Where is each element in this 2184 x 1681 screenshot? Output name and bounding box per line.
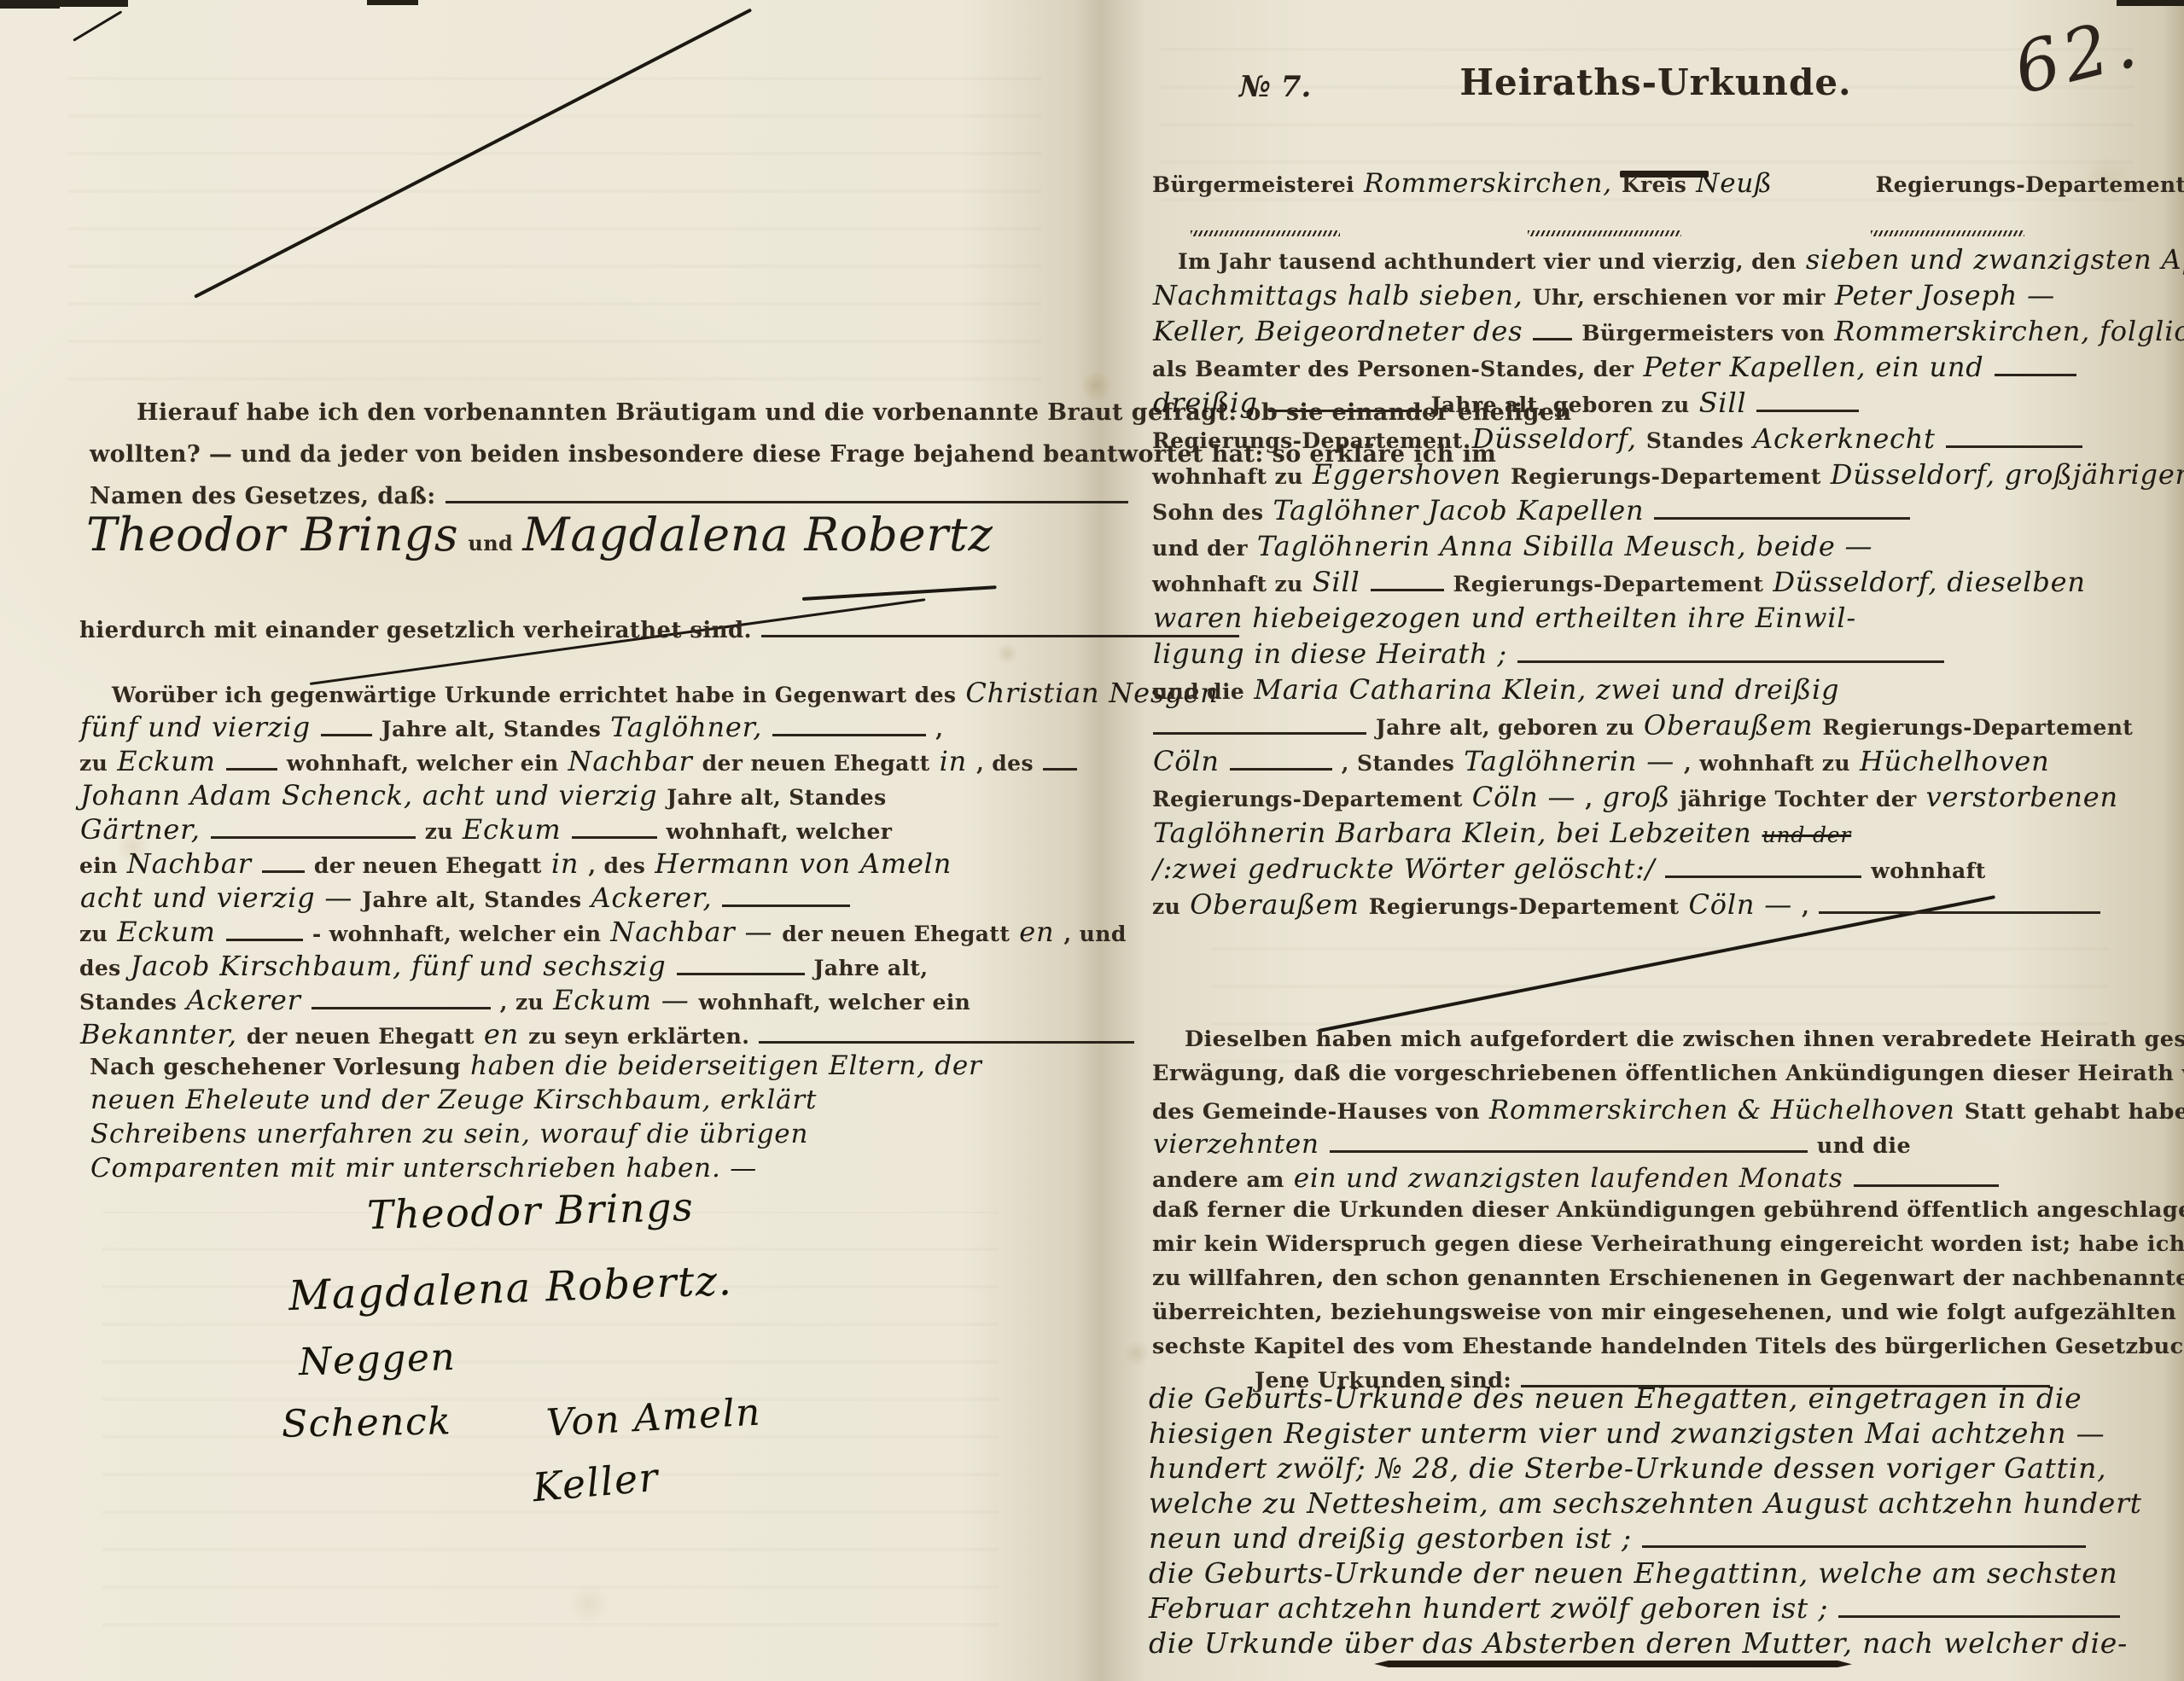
printed-text: Regierungs-Departement — [1152, 428, 1463, 453]
text-line: Bekannter,der neuen Ehegattenzu seyn erk… — [75, 1021, 1057, 1055]
printed-text: jährige Tochter der — [1680, 787, 1916, 811]
text-line: wohnhaft zuSillRegierungs-DepartementDüs… — [1148, 568, 2104, 604]
handwritten-text: Comparenten mit mir unterschrieben haben… — [90, 1153, 757, 1184]
handwritten-text: Taglöhnerin Anna Sibilla Meusch, beide — — [1257, 530, 1872, 562]
text-line: zu willfahren, den schon genannten Ersch… — [1148, 1268, 2104, 1302]
text-line: überreichten, beziehungsweise von mir ei… — [1148, 1302, 2104, 1336]
printed-text: Dieselben haben mich aufgefordert die zw… — [1185, 1027, 2184, 1052]
printed-text: zu seyn erklärten. — [528, 1024, 749, 1049]
text-line: ligung in diese Heirath ; — [1148, 640, 2104, 676]
handwritten-text: vierzehnten — [1153, 1129, 1319, 1160]
text-line: Johann Adam Schenck, acht und vierzigJah… — [75, 782, 1057, 816]
printed-text: und — [468, 531, 513, 555]
handwritten-text: Oberaußem — [1644, 709, 1814, 742]
handwritten-text: Schreibens unerfahren zu sein, worauf di… — [90, 1119, 808, 1149]
printed-text: , Standes — [1342, 751, 1454, 776]
handwritten-text: Düsseldorf, großjähriger — [1831, 458, 2184, 491]
handwritten-text: dreißig — [1153, 387, 1258, 419]
printed-text: Uhr, erschienen vor mir — [1533, 285, 1826, 310]
text-line: welche zu Nettesheim, am sechszehnten Au… — [1144, 1489, 2134, 1524]
handwritten-text: Rommerskirchen & Hüchelhoven — [1489, 1095, 1955, 1126]
document-scan: Hierauf habe ich den vorbenannten Bräuti… — [0, 0, 2184, 1681]
signature-bride: Magdalena Robertz. — [288, 1257, 733, 1320]
text-line: daß ferner die Urkunden dieser Ankündigu… — [1148, 1200, 2104, 1234]
handwritten-text: Hermann von Ameln — [655, 847, 952, 880]
printed-text: zu — [79, 922, 108, 946]
handwritten-text: Ackerer, — [591, 881, 713, 914]
printed-text: und der — [1152, 536, 1248, 561]
printed-text: wohnhaft zu — [1152, 464, 1303, 489]
printed-text: , wohnhaft zu — [1684, 751, 1850, 776]
handwritten-text: Gärtner, — [80, 813, 201, 846]
documents-list-section: die Geburts-Urkunde des neuen Ehegatten,… — [1144, 1384, 2134, 1664]
printed-text: zu — [1152, 894, 1180, 919]
scan-edge — [367, 0, 418, 5]
printed-text: des Gemeinde-Hauses von — [1152, 1099, 1480, 1125]
printed-text: , und — [1063, 922, 1126, 946]
text-line: Nach geschehener Vorlesunghaben die beid… — [85, 1053, 1067, 1087]
signature-groom: Theodor Brings — [366, 1184, 694, 1238]
printed-text: Statt gehabt haben, nämlich die erste am — [1965, 1099, 2184, 1125]
printed-text: Standes — [1646, 428, 1744, 453]
text-line: Comparenten mit mir unterschrieben haben… — [85, 1155, 1067, 1189]
blank-rule — [1756, 406, 1859, 412]
blank-rule — [446, 497, 1128, 503]
printed-text: , zu — [500, 990, 544, 1015]
handwritten-text: welche zu Nettesheim, am sechszehnten Au… — [1149, 1486, 2142, 1520]
handwritten-text: ligung in diese Heirath ; — [1153, 637, 1507, 670]
text-line: zuEckumwohnhaft, welcher einNachbarder n… — [75, 747, 1057, 782]
printed-text: , — [935, 717, 943, 742]
blank-rule — [1819, 908, 2100, 914]
handwritten-text: die Geburts-Urkunde des neuen Ehegatten,… — [1149, 1381, 2082, 1415]
blank-rule — [1268, 406, 1422, 412]
ink-bleedthrough — [68, 51, 1041, 410]
blank-rule — [262, 867, 305, 873]
handwritten-text: groß — [1602, 781, 1670, 813]
handwritten-text: Maria Catharina Klein, zwei und dreißig — [1254, 673, 1839, 706]
handwritten-text: Cöln — — [1472, 781, 1576, 813]
handwritten-text: Ackerer — [186, 984, 301, 1016]
printed-text: und die — [1817, 1133, 1911, 1159]
text-line: die Geburts-Urkunde des neuen Ehegatten,… — [1144, 1384, 2134, 1419]
handwritten-text: Cöln — — [1688, 888, 1792, 921]
text-line: acht und vierzig —Jahre alt, StandesAcke… — [75, 884, 1057, 918]
text-line: sechste Kapitel des vom Ehestande handel… — [1148, 1336, 2104, 1370]
handwritten-text: haben die beiderseitigen Eltern, der — [470, 1050, 982, 1081]
text-line: Hierauf habe ich den vorbenannten Bräuti… — [85, 401, 1067, 443]
printed-text: sechste Kapitel des vom Ehestande handel… — [1152, 1334, 2184, 1359]
handwritten-text: Cöln — [1153, 745, 1220, 777]
blank-rule — [759, 1038, 1134, 1044]
text-line: waren hiebeigezogen und ertheilten ihre … — [1148, 604, 2104, 640]
text-line: zuEckum- wohnhaft, welcher einNachbar —d… — [75, 918, 1057, 952]
handwritten-text: waren hiebeigezogen und ertheilten ihre … — [1153, 602, 1856, 634]
blank-rule — [1665, 872, 1861, 878]
handwritten-text: Nachbar — — [610, 916, 772, 948]
signature-witness-1: Neggen — [298, 1335, 457, 1384]
printed-text: wohnhaft, welcher — [667, 819, 893, 844]
blank-rule — [772, 730, 926, 736]
bureau-line: BürgermeistereiRommerskirchen,KreisNeußR… — [1148, 171, 2112, 205]
handwritten-text: Düsseldorf, — [1472, 422, 1637, 455]
text-line: Dieselben haben mich aufgefordert die zw… — [1148, 1029, 2104, 1063]
blank-rule — [1533, 334, 1572, 340]
printed-text: zu willfahren, den schon genannten Ersch… — [1152, 1265, 2184, 1291]
text-line: einNachbarder neuen Ehegattin, desHerman… — [75, 850, 1057, 884]
text-line: wohnhaft zuEggershovenRegierungs-Departe… — [1148, 461, 2104, 497]
printed-text: Standes — [79, 990, 177, 1015]
handwritten-text: hiesigen Register unterm vier und zwanzi… — [1149, 1416, 2105, 1450]
couple-names-line: Theodor BringsundMagdalena Robertz — [81, 512, 1063, 580]
marriage-entry-section: Im Jahr tausend achthundert vier und vie… — [1148, 246, 2104, 927]
printed-text: Bürgermeisters von — [1581, 321, 1825, 346]
printed-text: und die — [1152, 679, 1244, 704]
printed-text: Regierungs-Departement — [1511, 464, 1821, 489]
text-line: desJacob Kirschbaum, fünf und sechszigJa… — [75, 952, 1057, 986]
printed-text: hierdurch mit einander gesetzlich verhei… — [79, 618, 752, 643]
text-line: die Geburts-Urkunde der neuen Ehegattinn… — [1144, 1559, 2134, 1594]
handwritten-text: neun und dreißig gestorben ist ; — [1149, 1521, 1632, 1555]
handwritten-text: Bekannter, — [80, 1018, 237, 1050]
printed-text: Im Jahr tausend achthundert vier und vie… — [1178, 249, 1797, 274]
handwritten-text: Eckum — — [553, 984, 689, 1016]
handwritten-text: Hüchelhoven — [1860, 745, 2050, 777]
text-line: /:zwei gedruckte Wörter gelöscht:/wohnha… — [1148, 855, 2104, 891]
printed-text: Erwägung, daß die vorgeschriebenen öffen… — [1152, 1061, 2184, 1086]
handwritten-text: en — [484, 1018, 519, 1050]
handwritten-text: Ackerknecht — [1753, 422, 1936, 455]
printed-text: der neuen Ehegatt — [314, 853, 542, 878]
text-line: fünf und vierzigJahre alt, StandesTaglöh… — [75, 713, 1057, 747]
handwritten-text: Nachmittags halb sieben, — [1153, 279, 1523, 311]
handwritten-text: Taglöhner Jacob Kapellen — [1273, 494, 1644, 526]
flourish-rule — [1191, 230, 1340, 236]
closing-paragraph: Nach geschehener Vorlesunghaben die beid… — [85, 1053, 1067, 1189]
printed-text: Jahre alt, — [814, 956, 929, 980]
married-declaration-line: hierdurch mit einander gesetzlich verhei… — [75, 619, 1057, 657]
text-line: wollten? — und da jeder von beiden insbe… — [85, 443, 1067, 485]
handwritten-text: in — [551, 847, 579, 880]
blank-rule — [1230, 765, 1332, 771]
blank-rule — [211, 833, 416, 839]
signature-registrar: Keller — [531, 1454, 661, 1511]
text-line: hiesigen Register unterm vier und zwanzi… — [1144, 1419, 2134, 1454]
printed-text: daß ferner die Urkunden dieser Ankündigu… — [1152, 1197, 2184, 1223]
handwritten-text: fünf und vierzig — [80, 711, 311, 743]
witnesses-section: Worüber ich gegenwärtige Urkunde erricht… — [75, 679, 1057, 1055]
scan-edge — [0, 0, 60, 9]
text-line: Erwägung, daß die vorgeschriebenen öffen… — [1148, 1063, 2104, 1097]
handwritten-text: Februar achtzehn hundert zwölf geboren i… — [1149, 1591, 1828, 1625]
text-line: Gärtner,zuEckumwohnhaft, welcher — [75, 816, 1057, 850]
text-line: neun und dreißig gestorben ist ; — [1144, 1524, 2134, 1559]
printed-text: andere am — [1152, 1167, 1284, 1193]
printed-text: Jahre alt, geboren zu — [1431, 393, 1690, 417]
scan-edge — [60, 0, 128, 7]
text-line: mir kein Widerspruch gegen diese Verheir… — [1148, 1234, 2104, 1268]
printed-text: wohnhaft — [1871, 858, 1985, 883]
text-line: und dieMaria Catharina Klein, zwei und d… — [1148, 676, 2104, 712]
printed-text: mir kein Widerspruch gegen diese Verheir… — [1152, 1231, 2184, 1257]
text-line: Sohn desTaglöhner Jacob Kapellen — [1148, 497, 2104, 532]
blank-rule — [1043, 765, 1077, 771]
printed-text: wohnhaft, welcher ein — [699, 990, 971, 1015]
text-line: Regierungs-DepartementDüsseldorf,Standes… — [1148, 425, 2104, 461]
text-line: Worüber ich gegenwärtige Urkunde erricht… — [75, 679, 1057, 713]
printed-text: Sohn des — [1152, 500, 1263, 525]
handwritten-text: Oberaußem — [1190, 888, 1360, 921]
text-line: zuOberaußemRegierungs-DepartementCöln —, — [1148, 891, 2104, 927]
printed-text: der neuen Ehegatt — [702, 751, 930, 776]
blank-rule — [1995, 370, 2076, 376]
handwritten-text: Eckum — [117, 916, 216, 948]
blank-rule — [1854, 1181, 1999, 1187]
blank-rule — [1371, 585, 1444, 591]
blank-rule — [1517, 657, 1944, 663]
handwritten-text: Nachbar — [127, 847, 252, 880]
text-line: Theodor BringsundMagdalena Robertz — [81, 512, 1063, 580]
text-line: und derTaglöhnerin Anna Sibilla Meusch, … — [1148, 532, 2104, 568]
printed-text: Jahre alt, Standes — [667, 785, 886, 810]
blank-rule — [1153, 729, 1366, 735]
handwritten-text: Eckum — [117, 745, 216, 777]
printed-text: Regierungs-Departement Düsseldorf. — [1876, 172, 2184, 197]
diagonal-ink-stroke — [73, 10, 122, 42]
printed-text: , des — [976, 751, 1034, 776]
printed-text: Jahre alt, Standes — [381, 717, 601, 742]
printed-text: , — [1585, 787, 1593, 811]
text-line: Regierungs-DepartementCöln —,großjährige… — [1148, 783, 2104, 819]
printed-text: - wohnhaft, welcher ein — [312, 922, 602, 946]
section-end-rule — [1374, 1661, 1852, 1667]
handwritten-text: sieben und zwanzigsten April — [1806, 243, 2184, 276]
blank-rule — [572, 833, 657, 839]
handwritten-text: Nachbar — [568, 745, 693, 777]
printed-text: Regierungs-Departement — [1822, 715, 2133, 740]
handwritten-text: Sill — [1699, 387, 1747, 419]
text-line: neuen Eheleute und der Zeuge Kirschbaum,… — [85, 1087, 1067, 1121]
handwritten-text: Eggershoven — [1313, 458, 1501, 491]
handwritten-name: Magdalena Robertz — [522, 508, 993, 561]
handwritten-text: Jacob Kirschbaum, fünf und sechszig — [131, 950, 667, 982]
handwritten-text: Neuß — [1696, 168, 1772, 199]
printed-text: Regierungs-Departement — [1453, 572, 1764, 596]
printed-text: der neuen Ehegatt — [247, 1024, 475, 1049]
blank-rule — [1654, 514, 1910, 520]
blank-rule — [1642, 1542, 2086, 1548]
blank-rule — [312, 1003, 491, 1009]
blank-rule — [226, 935, 303, 941]
printed-text: wohnhaft zu — [1152, 572, 1303, 596]
text-line: Im Jahr tausend achthundert vier und vie… — [1148, 246, 2104, 282]
text-line: als Beamter des Personen-Standes, derPet… — [1148, 353, 2104, 389]
text-line: dreißigJahre alt, geboren zuSill — [1148, 389, 2104, 425]
name-underline — [802, 585, 997, 601]
text-line: Jahre alt, geboren zuOberaußemRegierungs… — [1148, 712, 2104, 747]
handwritten-text: /:zwei gedruckte Wörter gelöscht:/ — [1153, 852, 1655, 885]
handwritten-text: Keller, Beigeordneter des — [1153, 315, 1523, 347]
text-line: hierdurch mit einander gesetzlich verhei… — [75, 619, 1057, 657]
printed-text: Bürgermeisterei — [1152, 172, 1354, 197]
handwritten-text: verstorbenen — [1926, 781, 2118, 813]
printed-text: Regierungs-Departement — [1369, 894, 1680, 919]
flourish-rule — [1871, 230, 2024, 236]
page-title: Heiraths-Urkunde. — [1383, 61, 1929, 103]
handwritten-text: hundert zwölf; № 28, die Sterbe-Urkunde … — [1149, 1451, 2106, 1485]
signature-witness-3: Von Ameln — [545, 1390, 762, 1445]
printed-text: zu — [79, 751, 108, 776]
handwritten-text: Rommerskirchen, folglich — [1834, 315, 2184, 347]
printed-text: Nach geschehener Vorlesung — [90, 1055, 461, 1080]
handwritten-text: Johann Adam Schenck, acht und vierzig — [80, 779, 657, 811]
text-line: BürgermeistereiRommerskirchen,KreisNeußR… — [1148, 171, 2112, 205]
handwritten-text: Düsseldorf, dieselben — [1773, 566, 2085, 598]
text-line: Schreibens unerfahren zu sein, worauf di… — [85, 1121, 1067, 1155]
printed-text: zu — [425, 819, 453, 844]
handwritten-text: Taglöhnerin Barbara Klein, bei Lebzeiten — [1153, 817, 1752, 849]
text-line: Cöln, StandesTaglöhnerin —, wohnhaft zuH… — [1148, 747, 2104, 783]
printed-text: wohnhaft, welcher ein — [287, 751, 559, 776]
printed-text: als Beamter des Personen-Standes, der — [1152, 357, 1634, 381]
printed-text: Namen des Gesetzes, daß: — [90, 483, 436, 509]
handwritten-text: Peter Kapellen, ein und — [1643, 351, 1983, 383]
text-line: andere amein und zwanzigsten laufenden M… — [1148, 1166, 2104, 1200]
signature-witness-2: Schenck — [282, 1399, 452, 1445]
handwritten-text: die Urkunde über das Absterben deren Mut… — [1149, 1626, 2128, 1660]
handwritten-name: Theodor Brings — [86, 508, 458, 561]
printed-text: Worüber ich gegenwärtige Urkunde erricht… — [112, 683, 956, 707]
text-line: StandesAckerer, zuEckum —wohnhaft, welch… — [75, 986, 1057, 1021]
handwritten-text: Eckum — [463, 813, 562, 846]
printed-text: Kreis — [1622, 172, 1686, 197]
blank-rule — [321, 730, 372, 736]
text-line: des Gemeinde-Hauses vonRommerskirchen & … — [1148, 1097, 2104, 1131]
printed-text: ein — [79, 853, 118, 878]
blank-rule — [226, 765, 277, 771]
printed-text: , — [1802, 894, 1809, 919]
handwritten-text: Sill — [1313, 566, 1360, 598]
blank-rule — [1946, 442, 2082, 448]
blank-rule — [1838, 1612, 2120, 1618]
printed-text: Regierungs-Departement — [1152, 787, 1463, 811]
blank-rule — [722, 901, 850, 907]
handwritten-text: in — [940, 745, 967, 777]
handwritten-text: ein und zwanzigsten laufenden Monats — [1294, 1163, 1843, 1194]
text-line: Taglöhnerin Barbara Klein, bei Lebzeiten… — [1148, 819, 2104, 855]
text-line: hundert zwölf; № 28, die Sterbe-Urkunde … — [1144, 1454, 2134, 1489]
diagonal-ink-stroke — [194, 9, 752, 299]
printed-text: , des — [588, 853, 645, 878]
handwritten-text: acht und vierzig — — [80, 881, 352, 914]
handwritten-text: en — [1019, 916, 1054, 948]
handwritten-text: Peter Joseph — — [1835, 279, 2055, 311]
printed-text: des — [79, 956, 121, 980]
struck-text: und der — [1762, 823, 1852, 847]
blank-rule — [1330, 1147, 1808, 1153]
text-line: Februar achtzehn hundert zwölf geboren i… — [1144, 1594, 2134, 1629]
printed-text: Jahre alt, geboren zu — [1376, 715, 1634, 740]
printed-text: überreichten, beziehungsweise von mir ei… — [1152, 1300, 2184, 1325]
announcement-paragraph: Dieselben haben mich aufgefordert die zw… — [1148, 1029, 2104, 1405]
text-line: die Urkunde über das Absterben deren Mut… — [1144, 1629, 2134, 1664]
folio-mark: 62. — [2006, 1, 2149, 110]
handwritten-text: die Geburts-Urkunde der neuen Ehegattinn… — [1149, 1556, 2118, 1590]
printed-text: Jahre alt, Standes — [362, 887, 581, 912]
printed-text: der neuen Ehegatt — [782, 922, 1010, 946]
handwritten-text: Rommerskirchen, — [1364, 168, 1612, 199]
handwritten-text: Taglöhnerin — — [1464, 745, 1674, 777]
record-number: № 7. — [1239, 70, 1311, 104]
text-line: Nachmittags halb sieben,Uhr, erschienen … — [1148, 282, 2104, 317]
handwritten-text: neuen Eheleute und der Zeuge Kirschbaum,… — [90, 1085, 817, 1115]
text-line: vierzehntenund die — [1148, 1131, 2104, 1166]
flourish-rule — [1528, 230, 1681, 236]
text-line: Keller, Beigeordneter desBürgermeisters … — [1148, 317, 2104, 353]
blank-rule — [677, 969, 805, 975]
handwritten-text: Taglöhner, — [610, 711, 762, 743]
